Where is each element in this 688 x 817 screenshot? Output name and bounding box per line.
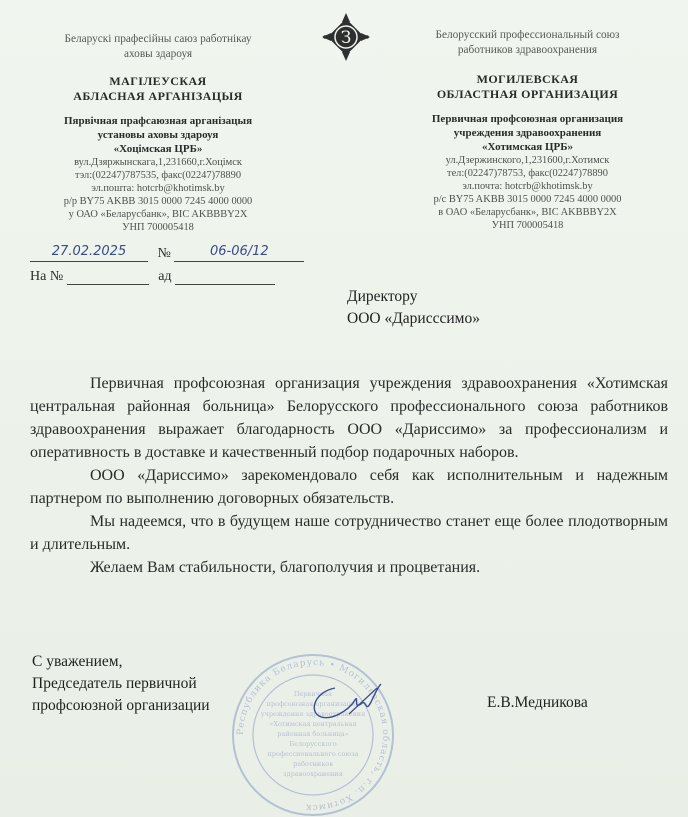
closing-block: С уважением, Председатель первичной проф…	[32, 651, 210, 717]
email: эл.почта: hotcrb@khotimsk.by	[375, 180, 680, 193]
region-name: МОГИЛЕВСКАЯ	[375, 72, 680, 87]
number-field: 06-06/12	[174, 244, 304, 262]
addressee-company: ООО «Дарисссимо»	[347, 308, 480, 330]
bank-name: у ОАО «Беларусбанк», BIC AKBBBY2X	[8, 208, 308, 221]
org-name-cont: учреждения здравоохранения	[375, 126, 680, 140]
signer-position: Председатель первичной	[32, 673, 210, 695]
handwritten-date: 27.02.2025	[52, 244, 126, 259]
number-label: №	[158, 246, 171, 261]
addressee-title: Директору	[347, 286, 480, 308]
unp: УНП 700005418	[8, 221, 308, 234]
phone: тел:(02247)78753, факс(02247)78890	[375, 167, 680, 180]
svg-text:профессионального союза: профессионального союза	[267, 750, 358, 758]
bank-account: р/с BY75 AKBB 3015 0000 7245 4000 0000	[375, 193, 680, 206]
trade-union-emblem-icon: З	[319, 10, 373, 64]
official-stamp-icon: Республика Беларусь • Могилевская област…	[228, 650, 398, 817]
svg-text:работников: работников	[293, 760, 333, 768]
date-field: 27.02.2025	[30, 244, 148, 262]
region-name: МАГІЛЕУСКАЯ	[8, 74, 308, 89]
org-name-cont: установы аховы здароуя	[8, 128, 308, 142]
org-short-name: «Хоцімская ЦРБ»	[8, 142, 308, 156]
body-paragraph: Мы надеемся, что в будущем наше сотрудни…	[30, 510, 668, 556]
union-name-cont: аховы здароуя	[8, 47, 308, 62]
outgoing-registration: 27.02.2025 № 06-06/12	[30, 244, 304, 262]
org-name: Первичная профсоюзная организация	[375, 112, 680, 126]
signer-position-cont: профсоюзной организации	[32, 695, 210, 717]
svg-text:З: З	[341, 28, 352, 48]
region-name-cont: АБЛАСНАЯ АРГАНІЗАЦЫЯ	[8, 89, 308, 104]
address: ул.Дзержинского,1,231600,г.Хотимск	[375, 154, 680, 167]
org-short-name: «Хотимская ЦРБ»	[375, 140, 680, 154]
unp: УНП 700005418	[375, 219, 680, 232]
bank-account: р/р BY75 AKBB 3015 0000 7245 4000 0000	[8, 195, 308, 208]
union-name-cont: работников здравоохранения	[375, 43, 680, 58]
address: вул.Дзяржынскага,1,231660,г.Хоцімск	[8, 156, 308, 169]
addressee-block: Директору ООО «Дарисссимо»	[347, 286, 480, 330]
email: эл.пошта: hotcrb@khotimsk.by	[8, 182, 308, 195]
region-name-cont: ОБЛАСТНАЯ ОРГАНИЗАЦИЯ	[375, 87, 680, 102]
body-paragraph: Желаем Вам стабильности, благополучия и …	[30, 556, 668, 579]
signature-icon	[305, 680, 385, 724]
incoming-reference: На № ад	[30, 267, 275, 285]
bank-name: в ОАО «Беларусбанк», BIC AKBBBY2X	[375, 206, 680, 219]
union-name: Белорусский профессиональный союз	[375, 28, 680, 43]
svg-text:районная больница»: районная больница»	[277, 730, 348, 738]
signer-name: Е.В.Медникова	[487, 694, 588, 712]
ref-label: На №	[30, 269, 63, 284]
handwritten-number: 06-06/12	[210, 244, 269, 259]
union-name: Беларускі прафесійны саюз работнікау	[8, 32, 308, 47]
letterhead-russian: Белорусский профессиональный союз работн…	[375, 28, 680, 232]
ref-date-field	[175, 267, 275, 285]
from-label: ад	[158, 269, 171, 284]
body-paragraph: ООО «Дариссимо» зарекомендовало себя как…	[30, 464, 668, 510]
org-name: Пярвічная прафсаюзная арганізацыя	[8, 114, 308, 128]
letter-page: Беларускі прафесійны саюз работнікау ахо…	[0, 0, 688, 817]
letter-body: Первичная профсоюзная организация учрежд…	[30, 372, 668, 579]
closing-greeting: С уважением,	[32, 651, 210, 673]
svg-text:здравоохранения: здравоохранения	[283, 770, 343, 778]
ref-number-field	[67, 267, 149, 285]
body-paragraph: Первичная профсоюзная организация учрежд…	[30, 372, 668, 464]
letterhead-belarusian: Беларускі прафесійны саюз работнікау ахо…	[8, 32, 308, 234]
svg-text:Белорусского: Белорусского	[289, 740, 336, 748]
phone: тэл:(02247)787535, факс(02247)78890	[8, 169, 308, 182]
